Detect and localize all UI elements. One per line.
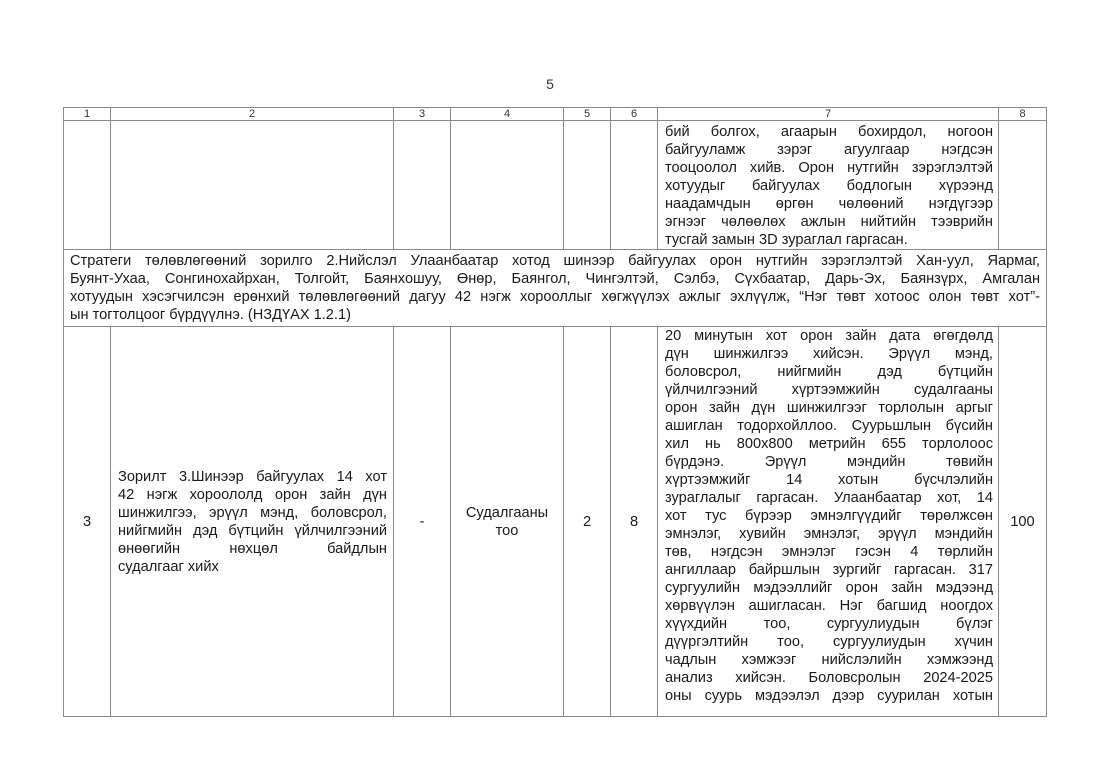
text-line: бий болгох, агаарын бохирдол, ногоон: [665, 123, 993, 141]
text-line: сургуулийн мэдээллийг орон зайн мэдээнд: [665, 579, 993, 597]
cell-col6: [611, 121, 658, 250]
text-line: хотуудын хэсэгчилсэн ерөнхий төлөвлөгөөн…: [70, 288, 1040, 306]
text-line: хүүхдийн тоо, сургуулиудын бүлэг: [665, 615, 993, 633]
strategic-goal-cell: Стратеги төлөвлөгөөний зорилго 2.Нийслэл…: [64, 250, 1047, 327]
text-line: эмнэлэг, хувийн эмнэлэг, эрүүл мэндийн: [665, 525, 993, 543]
text-line: орон зайн дүн шинжилгээг торлолын аргыг: [665, 399, 993, 417]
cell-progress-description: бий болгох, агаарын бохирдол, ногоонбайг…: [658, 121, 999, 250]
column-header: 3: [394, 108, 451, 121]
text-line: Зорилт 3.Шинээр байгуулах 14 хот: [118, 468, 387, 486]
text-line: Буянт-Ухаа, Сонгинохайрхан, Толгойт, Бая…: [70, 270, 1040, 288]
text-line: бүрдэнэ. Эрүүл мэндийн төвийн: [665, 453, 993, 471]
cell-number: 3: [64, 327, 111, 717]
column-header: 8: [999, 108, 1047, 121]
text-line: анализ хийсэн. Боловсролын 2024-2025: [665, 669, 993, 687]
text-line: 20 минутын хот орон зайн дата өгөгдөлд: [665, 327, 993, 345]
text-line: зураглалыг гаргасан. Улаанбаатар хот, 14: [665, 489, 993, 507]
column-header: 4: [451, 108, 564, 121]
text-line: 42 нэгж хороололд орон зайн дүн: [118, 486, 387, 504]
text-line: ашиглан тодорхойллоо. Суурьшлын бүсийн: [665, 417, 993, 435]
cell-task: Зорилт 3.Шинээр байгуулах 14 хот42 нэгж …: [111, 327, 394, 717]
cell-col5: 2: [564, 327, 611, 717]
cell-percent: 100: [999, 327, 1047, 717]
text-line: хөрвүүлэн ашигласан. Нэг багшид ноогдох: [665, 597, 993, 615]
table-row-task-3: 3 Зорилт 3.Шинээр байгуулах 14 хот42 нэг…: [64, 327, 1047, 717]
column-header: 5: [564, 108, 611, 121]
cell-percent: [999, 121, 1047, 250]
cell-col6: 8: [611, 327, 658, 717]
section-heading-row: Стратеги төлөвлөгөөний зорилго 2.Нийслэл…: [64, 250, 1047, 327]
progress-text: 20 минутын хот орон зайн дата өгөгдөлддү…: [658, 327, 998, 705]
progress-text: бий болгох, агаарын бохирдол, ногоонбайг…: [658, 123, 998, 249]
text-line: хил нь 800x800 метрийн 655 торлолоос: [665, 435, 993, 453]
text-line: хүртээмжийг 14 хотын бүсчлэлийн: [665, 471, 993, 489]
text-line: төв, нэгдсэн эмнэлэг гэсэн 4 төрлийн: [665, 543, 993, 561]
text-line: судалгааг хийх: [118, 558, 387, 576]
text-line: байгууламж зэрэг агуулгаар нэгдсэн: [665, 141, 993, 159]
column-number-header-row: 1 2 3 4 5 6 7 8: [64, 108, 1047, 121]
column-header: 6: [611, 108, 658, 121]
text-line: тусгай замын 3D зураглал гаргасан.: [665, 231, 993, 249]
text-line: шинжилгээ, эрүүл мэнд, боловсрол,: [118, 504, 387, 522]
column-header: 2: [111, 108, 394, 121]
text-line: чадлын хэмжээг нийслэлийн хэмжээнд: [665, 651, 993, 669]
column-header: 1: [64, 108, 111, 121]
text-line: боловсрол, нийгмийн дэд бүтцийн: [665, 363, 993, 381]
cell-task: [111, 121, 394, 250]
text-line: үйлчилгээний хүртээмжийн судалгааны: [665, 381, 993, 399]
indicator-text: Судалгаанытоо: [451, 504, 563, 540]
text-line: тооцоолол хийв. Орон нутгийн зэрэглэлтэй: [665, 159, 993, 177]
text-line: ангиллаар байршлын зургийг гаргасан. 317: [665, 561, 993, 579]
cell-progress-description: 20 минутын хот орон зайн дата өгөгдөлддү…: [658, 327, 999, 717]
page-number: 5: [540, 76, 560, 92]
cell-indicator: Судалгаанытоо: [451, 327, 564, 717]
text-line: хотуудыг байгуулах бодлогын хүрээнд: [665, 177, 993, 195]
text-line: дүн шинжилгээ хийсэн. Эрүүл мэнд,: [665, 345, 993, 363]
cell-col3: [394, 121, 451, 250]
text-line: тоо: [451, 522, 563, 540]
text-line: нийгмийн дэд бүтцийн үйлчилгээний: [118, 522, 387, 540]
cell-indicator: [451, 121, 564, 250]
cell-col5: [564, 121, 611, 250]
plan-progress-table: 1 2 3 4 5 6 7 8 бий болгох, агаарын бохи…: [63, 107, 1047, 717]
text-line: ын тогтолцоог бүрдүүлнэ. (НЗДҮАХ 1.2.1): [70, 306, 1040, 324]
text-line: өнөөгийн нөхцөл байдлын: [118, 540, 387, 558]
task-text: Зорилт 3.Шинээр байгуулах 14 хот42 нэгж …: [111, 468, 393, 576]
text-line: хот тус бүрээр эмнэлгүүдийг төрөлжсөн: [665, 507, 993, 525]
column-header: 7: [658, 108, 999, 121]
text-line: наадамчдын өргөн чөлөөний нэгдүгээр: [665, 195, 993, 213]
text-line: дүүргэлтийн тоо, сургуулиудын хүчин: [665, 633, 993, 651]
cell-number: [64, 121, 111, 250]
text-line: оны суурь мэдээлэл дээр суурилан хотын: [665, 687, 993, 705]
text-line: Стратеги төлөвлөгөөний зорилго 2.Нийслэл…: [70, 252, 1040, 270]
text-line: эгнээг чөлөөлөх ажлын нийтийн тээврийн: [665, 213, 993, 231]
strategic-goal-text: Стратеги төлөвлөгөөний зорилго 2.Нийслэл…: [64, 250, 1046, 326]
text-line: Судалгааны: [451, 504, 563, 522]
cell-col3: -: [394, 327, 451, 717]
table-row-continuation: бий болгох, агаарын бохирдол, ногоонбайг…: [64, 121, 1047, 250]
